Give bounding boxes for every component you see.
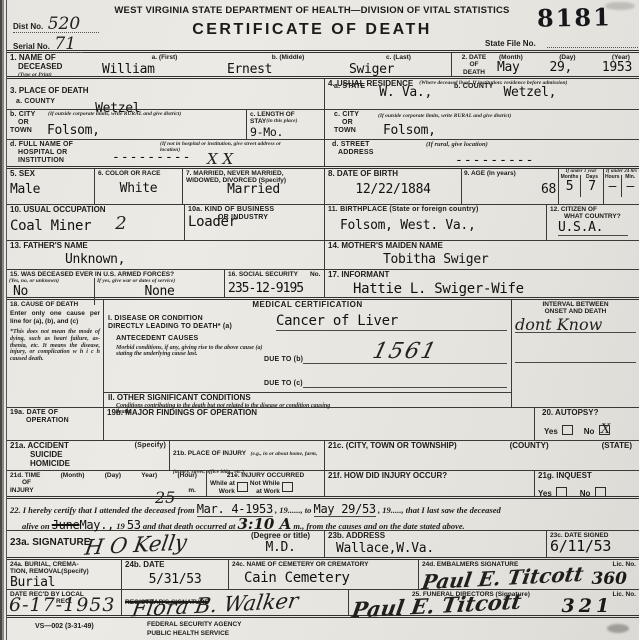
dept-title: WEST VIRGINIA STATE DEPARTMENT OF HEALTH…: [92, 5, 532, 16]
place-city-label-3: TOWN: [10, 127, 44, 135]
hours-value: –: [604, 180, 621, 194]
certify-line2b: and that death occurred at: [143, 521, 236, 531]
dod-day-value: 29,: [549, 61, 572, 75]
field-time-of-injury: 21d. TIME OF INJURY (Month) (Day) Year) …: [7, 471, 207, 496]
last-name-value: Swiger: [349, 63, 448, 77]
days-value: 7: [581, 180, 603, 194]
field-name-of-deceased: 1. NAME OF DECEASED (Type or Print) a. (…: [7, 53, 452, 76]
father-value: Unknown,: [65, 253, 321, 267]
dod-label-3: DEATH: [455, 69, 493, 76]
field-date-signed: 23c. DATE SIGNED 6/11/53: [547, 531, 639, 557]
field-inquest: 21g. INQUEST Yes No: [535, 471, 639, 496]
place-of-death-label: 3. PLACE OF DEATH: [10, 86, 89, 95]
field-age: 9. AGE (In years) 68 If under 1 year Mon…: [462, 169, 639, 204]
street-value-dashes: ---------: [455, 154, 534, 168]
place-city-value: Folsom,: [47, 124, 100, 138]
field-occupation: 10. USUAL OCCUPATION Coal Miner 2: [7, 205, 185, 240]
inquest-label: 21g. INQUEST: [538, 472, 636, 481]
field-race: 6. COLOR OR RACE White: [95, 169, 183, 204]
field-hospital-name: d. FULL NAME OF HOSPITAL OR INSTITUTION …: [7, 140, 325, 166]
age-label: 9. AGE (In years): [464, 170, 556, 177]
field-registrar-signature: REGISTRAR'S SIGNATURE Flora B. Walker: [122, 590, 349, 615]
hosp-hand-x: X X: [207, 152, 233, 167]
months-value: 5: [559, 180, 580, 194]
how-injury-label: 21f. HOW DID INJURY OCCUR?: [328, 472, 531, 481]
ssn-label: 16. SOCIAL SECURITY: [228, 271, 298, 278]
footer: VS—002 (3-31-49) FEDERAL SECURITY AGENCY…: [7, 618, 639, 640]
res-city-label-3: TOWN: [334, 127, 370, 135]
field-physician-signature: 23a. SIGNATURE H O Kelly (Degree or titl…: [7, 531, 325, 557]
min-value: –: [622, 180, 639, 194]
field-birthplace: 11. BIRTHPLACE (State or foreign country…: [325, 205, 547, 240]
field-operation-findings: 19b. MAJOR FINDINGS OF OPERATION: [104, 408, 535, 440]
funeral-director-signature: Paul E. Titcott: [350, 591, 523, 621]
field-medical-certification: MEDICAL CERTIFICATION I. DISEASE OR COND…: [104, 300, 512, 407]
dod-label-2: OF: [455, 61, 493, 68]
dob-value: 12/22/1884: [328, 183, 458, 197]
serial-no-value: 71: [54, 34, 76, 54]
degree-value: M.D.: [240, 541, 321, 555]
while-at-work-label-1: While at: [210, 480, 235, 487]
not-while-label-1: Not While: [250, 480, 280, 487]
place-city-label-1: b. CITY: [10, 111, 44, 119]
row-occupation-birthplace-citizen: 10. USUAL OCCUPATION Coal Miner 2 10a. K…: [7, 205, 639, 241]
due-to-b-hand: 1561: [370, 341, 439, 363]
antecedent-label: ANTECEDENT CAUSES: [116, 335, 264, 343]
dist-no-label: Dist No.: [13, 22, 43, 31]
field-place-city: b. CITY OR TOWN (If outside corporate li…: [7, 110, 247, 139]
accident-note: (Specify): [135, 442, 166, 468]
field-usual-residence: 4. USUAL RESIDENCE (Where deceased lived…: [325, 79, 639, 109]
informant-label: 17. INFORMANT: [328, 271, 636, 280]
father-label: 13. FATHER'S NAME: [10, 242, 321, 251]
birthplace-label: 11. BIRTHPLACE (State or foreign country…: [328, 206, 543, 214]
burial-label-1: 24a. BURIAL, CREMA-: [10, 561, 118, 568]
marital-label-1: 7. MARRIED, NEVER MARRIED,: [186, 170, 321, 177]
race-value: White: [98, 182, 179, 196]
field-father-name: 13. FATHER'S NAME Unknown,: [7, 241, 325, 269]
certify-19a: , 19......, to: [275, 505, 311, 515]
field-street-address: d. STREET ADDRESS (If rural, give locati…: [325, 140, 639, 166]
name-label-2: DECEASED: [18, 63, 102, 72]
residence-state-label: a. STATE: [334, 83, 365, 100]
field-place-of-injury: 21b. PLACE OF INJURY (e.g., in or about …: [170, 441, 325, 470]
disease-label-1: I. DISEASE OR CONDITION: [108, 315, 276, 323]
field-accident-suicide-homicide: 21a. ACCIDENT SUICIDE HOMICIDE (Specify): [7, 441, 170, 470]
row-medical-certification: 18. CAUSE OF DEATH Enter only one cause …: [7, 300, 639, 408]
not-while-label-2: at Work: [256, 488, 280, 495]
res-city-label-1: c. CITY: [334, 111, 370, 119]
operation-findings-label: 19b. MAJOR FINDINGS OF OPERATION: [107, 409, 531, 418]
dob-label: 8. DATE OF BIRTH: [328, 170, 458, 179]
registrar-signature: Flora B. Walker: [130, 591, 299, 621]
ssn-no-label: No.: [310, 271, 320, 278]
injury-time-label-1: 21d. TIME: [10, 472, 40, 479]
field-how-injury-occurred: 21f. HOW DID INJURY OCCUR?: [325, 471, 535, 496]
scan-artifact: [607, 624, 629, 633]
scan-artifact: [605, 2, 635, 10]
date-signed-value: 6/11/53: [550, 538, 636, 555]
occupation-label: 10. USUAL OCCUPATION: [10, 206, 181, 215]
agency-line-2: PUBLIC HEALTH SERVICE: [147, 629, 242, 638]
race-label: 6. COLOR OR RACE: [98, 170, 179, 177]
dist-no-value: 520: [48, 14, 80, 34]
residence-county-value: Wetzel,: [504, 86, 557, 100]
embalmer-lic-label: Lic. No.: [613, 561, 636, 568]
funeral-lic-label: Lic. No.: [613, 591, 636, 598]
inquest-no-label: No: [580, 489, 591, 498]
citizen-value: U.S.A.: [558, 221, 628, 236]
field-date-of-death: 2. DATE OF DEATH (Month) (Day) (Year) Ma…: [452, 53, 639, 76]
cause-label: 18. CAUSE OF DEATH: [10, 301, 100, 308]
armed-forces-value1: No: [13, 285, 92, 299]
age-value: 68: [464, 183, 556, 197]
due-to-c-label: DUE TO (c): [264, 380, 303, 388]
field-armed-forces: 15. WAS DECEASED EVER IN U.S. ARMED FORC…: [7, 270, 225, 297]
field-industry: 10a. KIND OF BUSINESS OR INDUSTRY Loader: [185, 205, 325, 240]
autopsy-no-mark: X: [601, 423, 610, 436]
certify-hand-25: 25: [155, 490, 175, 506]
embalmer-lic-value: 360: [591, 571, 627, 588]
burial-value: Burial: [10, 576, 118, 590]
residence-state-value: W. Va.,: [379, 86, 432, 100]
burial-date-value: 5/31/53: [125, 573, 225, 587]
stay-value: 9-Mo.: [250, 126, 321, 139]
row-injury-time: 21d. TIME OF INJURY (Month) (Day) Year) …: [7, 471, 639, 499]
field-burial: 24a. BURIAL, CREMA- TION, REMOVAL(Specif…: [7, 560, 122, 589]
mother-value: Tobitha Swiger: [383, 253, 636, 267]
certify-line2c: m., from the causes and on the date stat…: [293, 521, 464, 531]
interval-label-1: INTERVAL BETWEEN: [515, 301, 636, 308]
sex-value: Male: [10, 183, 91, 197]
death-certificate-scan: Dist No. 520 Serial No. 71 WEST VIRGINIA…: [0, 0, 639, 640]
while-at-work-label-2: Work: [219, 488, 235, 495]
field-cause-of-death-notes: 18. CAUSE OF DEATH Enter only one cause …: [7, 300, 104, 407]
hosp-label-3: INSTITUTION: [18, 157, 100, 165]
field-date-of-operation: 19a. DATE OF OPERATION: [7, 408, 104, 440]
dod-label-1: 2. DATE: [455, 54, 493, 61]
field-residence-city: c. CITY OR TOWN (If outside corporate li…: [325, 110, 639, 139]
address-value: Wallace,W.Va.: [336, 542, 543, 556]
row-sex-race-marital-dob-age: 5. SEX Male 6. COLOR OR RACE White 7. MA…: [7, 169, 639, 205]
autopsy-label: 20. AUTOPSY?: [542, 409, 636, 418]
field-burial-date: 24b. DATE 5/31/53: [122, 560, 229, 589]
place-city-label-2: OR: [18, 119, 44, 127]
autopsy-no-label: No: [584, 427, 595, 436]
hosp-value-dashes: ---------: [112, 151, 191, 165]
disease-value: Cancer of Liver: [276, 313, 398, 329]
first-name-value: William: [102, 63, 227, 77]
field-physician-address: 23b. ADDRESS Wallace,W.Va.: [325, 531, 547, 557]
autopsy-yes-label: Yes: [544, 427, 558, 436]
certify-struck-month: June: [52, 518, 80, 532]
mother-label: 14. MOTHER'S MAIDEN NAME: [328, 242, 636, 251]
armed-forces-value2: None: [97, 285, 222, 299]
row-signature: 23a. SIGNATURE H O Kelly (Degree or titl…: [7, 531, 639, 560]
marital-value: Married: [186, 183, 321, 197]
res-city-value: Folsom,: [383, 124, 436, 138]
row-hospital-street: d. FULL NAME OF HOSPITAL OR INSTITUTION …: [7, 140, 639, 169]
disease-label-2: DIRECTLY LEADING TO DEATH* (a): [108, 323, 276, 331]
field-marital-status: 7. MARRIED, NEVER MARRIED, WIDOWED, DIVO…: [183, 169, 325, 204]
field-citizen: 12. CITIZEN OF WHAT COUNTRY? U.S.A.: [547, 205, 639, 240]
row-armed-forces-ssn-informant: 15. WAS DECEASED EVER IN U.S. ARMED FORC…: [7, 270, 639, 300]
certify-19c: 19: [116, 521, 125, 531]
injury-occurred-label: 21e. INJURY OCCURRED: [210, 472, 321, 479]
other-conditions-label: II. OTHER SIGNIFICANT CONDITIONS: [108, 394, 507, 403]
injury-time-label-2: OF: [22, 479, 40, 486]
row-parents: 13. FATHER'S NAME Unknown, 14. MOTHER'S …: [7, 241, 639, 270]
field-funeral-director: 25. FUNERAL DIRECTORS (Signature) Lic. N…: [349, 590, 639, 615]
certify-year53: 53: [127, 518, 141, 532]
street-label-2: ADDRESS: [338, 149, 386, 157]
field-sex: 5. SEX Male: [7, 169, 95, 204]
field-injury-city: 21c. (CITY, TOWN OR TOWNSHIP) (COUNTY) (…: [325, 441, 639, 470]
dist-no: Dist No. 520: [13, 16, 133, 33]
cemetery-value: Cain Cemetery: [244, 571, 415, 586]
row-name-dod: 1. NAME OF DECEASED (Type or Print) a. (…: [7, 53, 639, 79]
physician-signature: H O Kelly: [83, 532, 188, 559]
occupation-hand-2: 2: [115, 215, 126, 234]
field-certify-statement: 25 22. I hereby certify that I attended …: [7, 499, 639, 530]
burial-date-label: 24b. DATE: [125, 561, 225, 570]
citizen-label-1: 12. CITIZEN OF: [550, 206, 636, 213]
field-mother-name: 14. MOTHER'S MAIDEN NAME Tobitha Swiger: [325, 241, 639, 269]
birthplace-value: Folsom, West. Va.,: [340, 219, 543, 233]
occupation-value: Coal Miner: [10, 219, 91, 234]
first-name-label: a. (First): [102, 54, 227, 61]
state-file-no-label: State File No.: [485, 40, 536, 48]
cert-title: CERTIFICATE OF DEATH: [167, 20, 457, 39]
agency-line-1: FEDERAL SECURITY AGENCY: [147, 620, 242, 629]
autopsy-yes-checkbox: [562, 425, 573, 435]
res-city-label-2: OR: [342, 119, 370, 127]
certify-to-value: May 29/53: [314, 502, 376, 517]
address-label: 23b. ADDRESS: [328, 532, 543, 541]
row-operation-autopsy: 19a. DATE OF OPERATION 19b. MAJOR FINDIN…: [7, 408, 639, 441]
row-accident: 21a. ACCIDENT SUICIDE HOMICIDE (Specify)…: [7, 441, 639, 471]
injury-m-label: m.: [188, 487, 196, 494]
date-recd-hand: 6-17-1953: [9, 596, 115, 615]
residence-county-label: b. COUNTY: [454, 83, 494, 100]
cemetery-label: 24c. NAME OF CEMETERY OR CREMATORY: [232, 561, 415, 568]
field-ssn: 16. SOCIAL SECURITYNo. 235-12-9195: [225, 270, 325, 297]
autopsy-no-checkbox: X: [599, 425, 610, 435]
field-embalmer: 24d. EMBALMERS SIGNATURE Lic. No. Paul E…: [419, 560, 639, 589]
not-while-checkbox: [282, 482, 293, 492]
row-city-stay: b. CITY OR TOWN (If outside corporate li…: [7, 110, 639, 140]
sex-label: 5. SEX: [10, 170, 91, 179]
industry-label-1: 10a. KIND OF BUSINESS: [188, 206, 321, 214]
injury-state-label: (STATE): [602, 442, 632, 451]
antecedent-note: Morbid conditions, if any, giving rise t…: [116, 345, 264, 358]
injury-day-label: (Day): [105, 472, 121, 494]
middle-name-value: Ernest: [227, 63, 349, 77]
injury-month-label: (Month): [61, 472, 85, 494]
cause-note-1: Enter only one cause per line for (a), (…: [10, 310, 100, 325]
field-injury-occurred: 21e. INJURY OCCURRED While atWork Not Wh…: [207, 471, 325, 496]
middle-name-label: b. (Middle): [227, 54, 349, 61]
serial-no: Serial No. 71: [13, 36, 133, 53]
injury-time-label-3: INJURY: [10, 487, 40, 494]
field-autopsy: 20. AUTOPSY? Yes No X: [535, 408, 639, 440]
field-informant: 17. INFORMANT Hattie L. Swiger-Wife: [325, 270, 639, 297]
medical-cert-title: MEDICAL CERTIFICATION: [104, 300, 511, 310]
certify-alive-month: May.,: [79, 518, 114, 532]
dod-year-value: 1953: [602, 61, 632, 75]
ssn-value: 235-12-9195: [228, 282, 321, 296]
dod-month-value: May: [497, 61, 520, 75]
field-date-of-birth: 8. DATE OF BIRTH 12/22/1884: [325, 169, 462, 204]
form-number: VS—002 (3-31-49): [35, 623, 94, 630]
injury-city-label: 21c. (CITY, TOWN OR TOWNSHIP): [328, 442, 457, 451]
inquest-yes-checkbox: [556, 487, 567, 497]
row-burial: 24a. BURIAL, CREMA- TION, REMOVAL(Specif…: [7, 560, 639, 590]
due-to-b-label: DUE TO (b): [264, 356, 303, 364]
accident-label-3: HOMICIDE: [30, 460, 70, 469]
place-of-injury-label: 21b. PLACE OF INJURY: [173, 450, 246, 457]
row-certify-statement: 25 22. I hereby certify that I attended …: [7, 499, 639, 531]
field-place-of-death-county: 3. PLACE OF DEATH a. COUNTY Wetzel: [7, 79, 325, 109]
field-length-of-stay: c. LENGTH OF STAY(in this place) 9-Mo.: [247, 110, 325, 139]
inquest-no-checkbox: [595, 487, 606, 497]
certify-19b: , 19....., that I last saw the deceased: [378, 505, 501, 515]
file-number-stamp: 8181: [537, 5, 612, 30]
hosp-label-1: d. FULL NAME OF: [10, 141, 100, 149]
header: Dist No. 520 Serial No. 71 WEST VIRGINIA…: [7, 0, 639, 53]
form-body: Dist No. 520 Serial No. 71 WEST VIRGINIA…: [6, 0, 639, 640]
field-date-received: DATE REC'D BY LOCAL REG. 6-17-1953: [7, 590, 122, 615]
certify-line2a: alive on: [22, 521, 50, 531]
operation-date-label-1: 19a. DATE OF: [10, 409, 100, 417]
field-cemetery: 24c. NAME OF CEMETERY OR CREMATORY Cain …: [229, 560, 419, 589]
name-label-sub: (Type or Print): [18, 72, 102, 78]
signature-label: 23a. SIGNATURE: [10, 537, 90, 548]
cause-note-2: *This does not mean the mode of dying, s…: [10, 329, 100, 362]
inquest-yes-label: Yes: [538, 489, 552, 498]
informant-value: Hattie L. Swiger-Wife: [353, 282, 636, 297]
field-interval: INTERVAL BETWEEN ONSET AND DEATH dont Kn…: [512, 300, 639, 407]
hosp-label-2: HOSPITAL OR: [18, 149, 100, 157]
street-label-1: d. STREET: [332, 141, 386, 149]
last-name-label: c. (Last): [349, 54, 448, 61]
operation-date-label-2: OPERATION: [26, 417, 100, 425]
funeral-lic-value: 321: [562, 597, 614, 616]
injury-county-label: (COUNTY): [510, 442, 549, 451]
serial-no-label: Serial No.: [13, 42, 50, 51]
row-place-residence: 3. PLACE OF DEATH a. COUNTY Wetzel 4. US…: [7, 79, 639, 110]
interval-hand: dont Know: [515, 317, 636, 333]
row-registrar: DATE REC'D BY LOCAL REG. 6-17-1953 REGIS…: [7, 590, 639, 618]
while-at-work-checkbox: [237, 482, 248, 492]
